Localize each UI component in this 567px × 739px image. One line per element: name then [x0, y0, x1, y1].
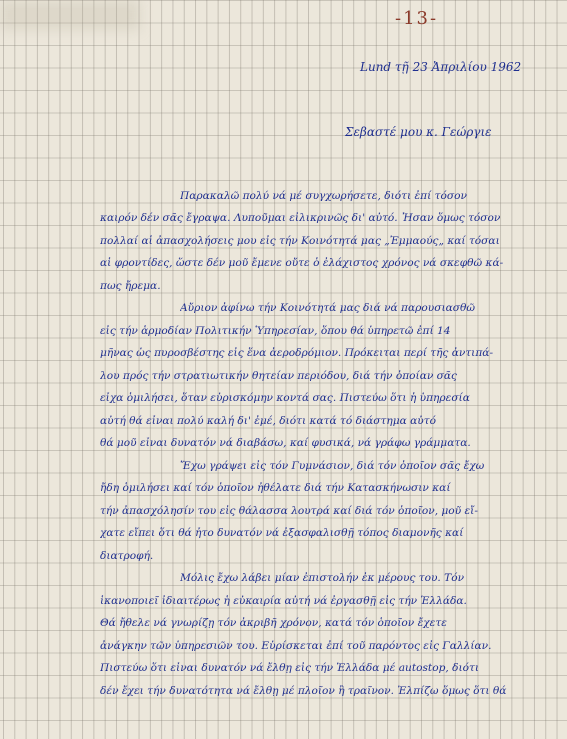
letter-line: καιρόν δέν σᾶς ἔγραψα. Λυποῦμαι εἰλικριν… — [100, 212, 560, 224]
letter-line: εἰς τήν ἁρμοδίαν Πολιτικήν Ὑπηρεσίαν, ὅπ… — [100, 325, 560, 337]
letter-line: λου πρός τήν στρατιωτικήν θητείαν περιόδ… — [100, 370, 560, 382]
letter-line: πως ἤρεμα. — [100, 280, 560, 292]
letter-page: -13- Lund τῇ 23 Ἀπριλίου 1962 Σεβαστέ μο… — [0, 0, 567, 739]
page-number: -13- — [395, 8, 438, 29]
letter-line: εἶχα ὁμιλήσει, ὅταν εὑρισκόμην κοντά σας… — [100, 392, 560, 404]
letter-line: Παρακαλῶ πολύ νά μέ συγχωρήσετε, διότι ἐ… — [180, 190, 567, 202]
letter-line: Πιστεύω ὅτι εἶναι δυνατόν νά ἔλθῃ εἰς τή… — [100, 662, 560, 674]
letter-line: πολλαί αἱ ἀπασχολήσεις μου εἰς τήν Κοινό… — [100, 235, 560, 247]
letter-line: ἱκανοποιεῖ ἰδιαιτέρως ἡ εὐκαιρία αὐτή νά… — [100, 595, 560, 607]
letter-line: τήν ἀπασχόλησίν του εἰς θάλασσα λουτρά κ… — [100, 505, 560, 517]
letter-line: ἤδη ὁμιλήσει καί τόν ὁποῖον ἠθέλατε διά … — [100, 482, 560, 494]
letter-line: δέν ἔχει τήν δυνατότητα νά ἔλθῃ μέ πλοῖο… — [100, 685, 560, 697]
letter-line: ἀνάγκην τῶν ὑπηρεσιῶν του. Εὑρίσκεται ἐπ… — [100, 640, 560, 652]
dateline: Lund τῇ 23 Ἀπριλίου 1962 — [360, 60, 521, 74]
letter-line: διατροφή. — [100, 550, 560, 562]
paper-stain — [0, 0, 140, 30]
letter-line: αὐτή θά εἶναι πολύ καλή δι' ἐμέ, διότι κ… — [100, 415, 560, 427]
letter-line: Θά ἤθελε νά γνωρίζῃ τόν ἀκριβῆ χρόνον, κ… — [100, 617, 560, 629]
letter-line: Αὔριον ἀφίνω τήν Κοινότητά μας διά νά πα… — [180, 302, 567, 314]
letter-line: Μόλις ἔχω λάβει μίαν ἐπιστολήν ἐκ μέρους… — [180, 572, 567, 584]
letter-line: αἱ φροντίδες, ὥστε δέν μοῦ ἔμενε οὔτε ὁ … — [100, 257, 560, 269]
letter-line: Ἔχω γράψει εἰς τόν Γυμνάσιον, διά τόν ὁπ… — [180, 460, 567, 472]
letter-line: χατε εἴπει ὅτι θά ἦτο δυνατόν νά ἐξασφαλ… — [100, 527, 560, 539]
letter-line: μῆνας ὡς πυροσβέστης εἰς ἕνα ἀεροδρόμιον… — [100, 347, 560, 359]
letter-line: θά μοῦ εἶναι δυνατόν νά διαβάσω, καί φυσ… — [100, 437, 560, 449]
salutation: Σεβαστέ μου κ. Γεώργιε — [345, 125, 492, 139]
